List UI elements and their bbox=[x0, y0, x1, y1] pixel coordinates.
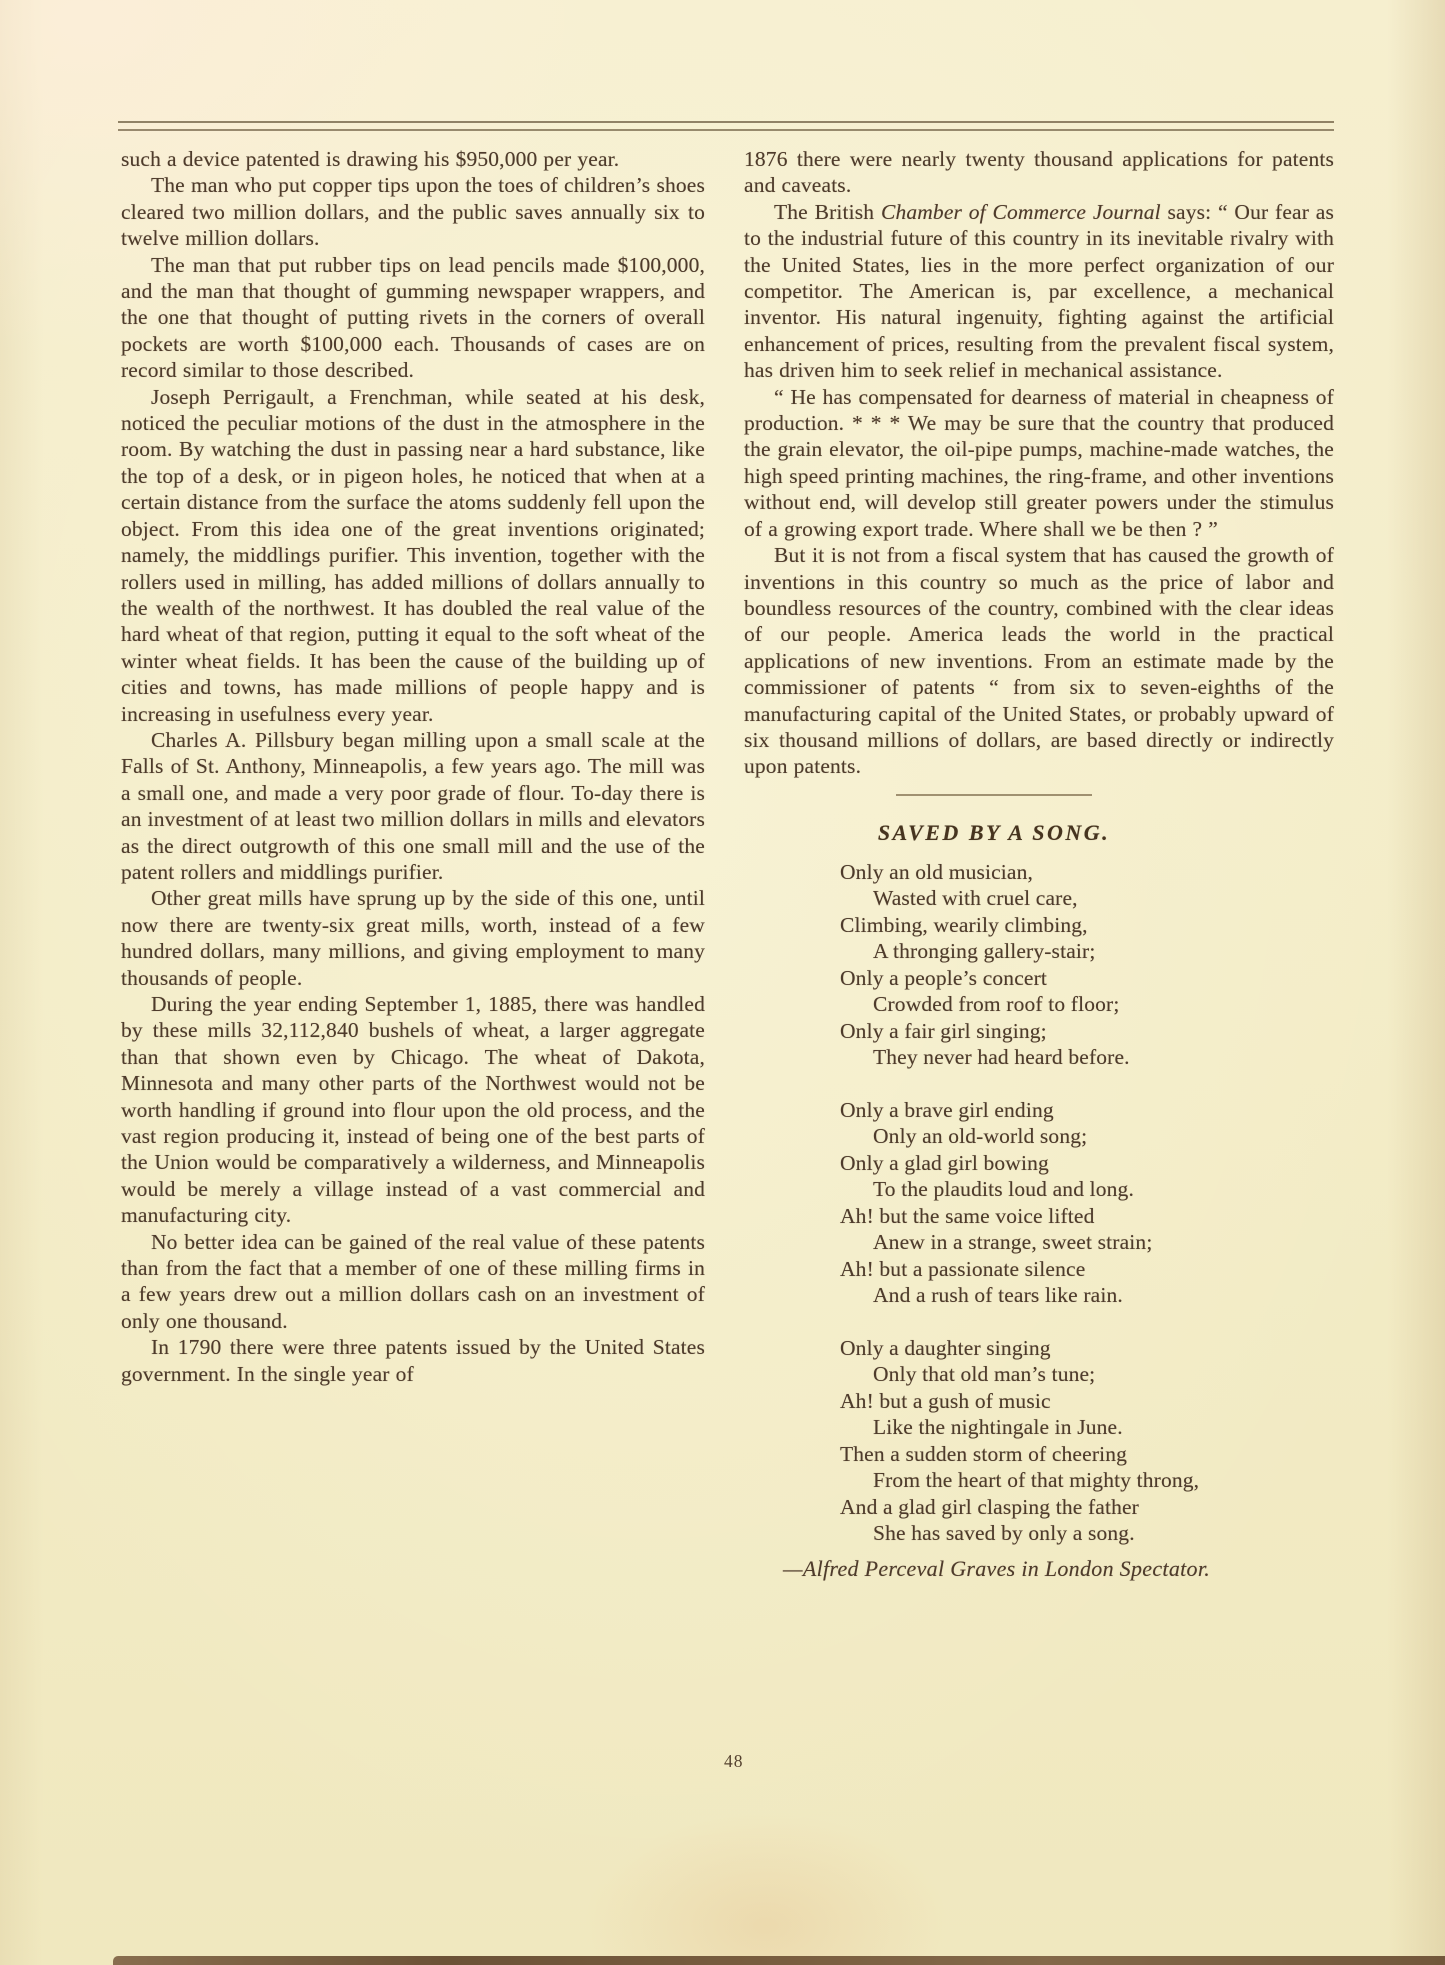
left-column: such a device patented is drawing his $9… bbox=[121, 146, 705, 1387]
poem-title: SAVED BY A SONG. bbox=[744, 820, 1244, 846]
poem-stanza-3: Only a daughter singing Only that old ma… bbox=[744, 1335, 1334, 1547]
paragraph-copper-tips: The man who put copper tips upon the toe… bbox=[121, 172, 705, 251]
poem-line: Like the nightingale in June. bbox=[873, 1414, 1334, 1441]
poem-line: Only a glad girl bowing bbox=[840, 1150, 1334, 1177]
poem-line: Climbing, wearily climbing, bbox=[840, 912, 1334, 939]
journal-title: Chamber of Commerce Journal bbox=[881, 200, 1161, 224]
poem-header: SAVED BY A SONG. bbox=[744, 794, 1244, 846]
poem-line: To the plaudits loud and long. bbox=[873, 1176, 1334, 1203]
poem-line: Only a people’s concert bbox=[840, 965, 1334, 992]
paragraph-1876-applications: 1876 there were nearly twenty thousand a… bbox=[744, 146, 1334, 199]
poem-line: Only a daughter singing bbox=[840, 1335, 1334, 1362]
top-double-rule bbox=[118, 121, 1334, 131]
paragraph-british-journal: The British Chamber of Commerce Journal … bbox=[744, 199, 1334, 384]
poem-line: And a rush of tears like rain. bbox=[873, 1282, 1334, 1309]
paragraph-rubber-tips: The man that put rubber tips on lead pen… bbox=[121, 252, 705, 384]
paragraph-milling-firms: No better idea can be gained of the real… bbox=[121, 1229, 705, 1335]
poem-line: Wasted with cruel care, bbox=[873, 885, 1334, 912]
scan-edge-artifact bbox=[113, 1956, 1445, 1965]
poem-line: Only an old-world song; bbox=[873, 1123, 1334, 1150]
poem-line: Then a sudden storm of cheering bbox=[840, 1441, 1334, 1468]
british-journal-quote: says: “ Our fear as to the industrial fu… bbox=[744, 200, 1334, 382]
poem-line: Ah! but the same voice lifted bbox=[840, 1203, 1334, 1230]
poem-line: Only a brave girl ending bbox=[840, 1097, 1334, 1124]
poem-line: They never had heard before. bbox=[873, 1044, 1334, 1071]
poem-line: Ah! but a passionate silence bbox=[840, 1256, 1334, 1283]
page-number: 48 bbox=[724, 1751, 744, 1772]
poem-line: Anew in a strange, sweet strain; bbox=[873, 1229, 1334, 1256]
poem-line: Ah! but a gush of music bbox=[840, 1388, 1334, 1415]
section-divider bbox=[896, 794, 1092, 796]
poem-line: Only a fair girl singing; bbox=[840, 1018, 1334, 1045]
poem-line: A thronging gallery-stair; bbox=[873, 938, 1334, 965]
paragraph-perrigault: Joseph Perrigault, a Frenchman, while se… bbox=[121, 384, 705, 727]
paragraph-1790-patents: In 1790 there were three patents issued … bbox=[121, 1334, 705, 1387]
poem-line: Only that old man’s tune; bbox=[873, 1361, 1334, 1388]
poem-line: Crowded from roof to floor; bbox=[873, 991, 1334, 1018]
british-journal-prefix: The British bbox=[774, 200, 881, 224]
scanned-magazine-page: such a device patented is drawing his $9… bbox=[0, 0, 1445, 1965]
poem-line: She has saved by only a song. bbox=[873, 1520, 1334, 1547]
paragraph-continuation: such a device patented is drawing his $9… bbox=[121, 146, 705, 172]
poem-line: Only an old musician, bbox=[840, 859, 1334, 886]
paragraph-other-mills: Other great mills have sprung up by the … bbox=[121, 885, 705, 991]
poem-stanza-2: Only a brave girl ending Only an old-wor… bbox=[744, 1097, 1334, 1309]
poem-attribution: —Alfred Perceval Graves in London Specta… bbox=[783, 1556, 1334, 1582]
poem-stanza-1: Only an old musician, Wasted with cruel … bbox=[744, 859, 1334, 1071]
poem-line: And a glad girl clasping the father bbox=[840, 1494, 1334, 1521]
paragraph-compensated: “ He has compensated for dearness of mat… bbox=[744, 384, 1334, 542]
paragraph-wheat-1885: During the year ending September 1, 1885… bbox=[121, 991, 705, 1229]
right-column: 1876 there were nearly twenty thousand a… bbox=[744, 146, 1334, 1582]
paragraph-fiscal-system: But it is not from a fiscal system that … bbox=[744, 542, 1334, 780]
paragraph-pillsbury: Charles A. Pillsbury began milling upon … bbox=[121, 727, 705, 885]
poem-line: From the heart of that mighty throng, bbox=[873, 1467, 1334, 1494]
